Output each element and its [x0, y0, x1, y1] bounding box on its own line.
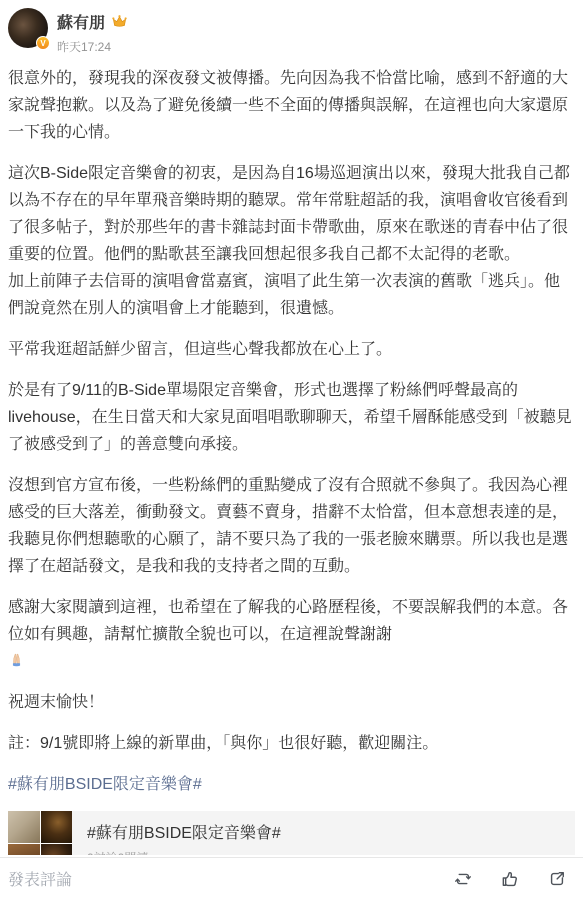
post-paragraph: 感謝大家閱讀到這裡，也希望在了解我的心路歷程後，不要誤解我們的本意。各位如有興趣…: [8, 594, 575, 675]
username[interactable]: 蘇有朋: [57, 10, 105, 33]
like-icon[interactable]: [500, 869, 520, 889]
header-meta: 蘇有朋 昨天17:24: [57, 8, 128, 55]
post-text: 很意外的，發現我的深夜發文被傳播。先向因為我不恰當比喻，感到不舒適的大家說聲抱歉…: [0, 59, 583, 757]
post-timestamp: 昨天17:24: [57, 38, 128, 55]
topic-card[interactable]: #蘇有朋BSIDE限定音樂會# 0討論0閱讀: [8, 811, 575, 855]
post-paragraph: 於是有了9/11的B-Side單場限定音樂會，形式也選擇了粉絲們呼聲最高的liv…: [8, 377, 575, 458]
repost-icon[interactable]: [453, 869, 473, 889]
comment-bar: 發表評論: [0, 858, 583, 899]
topic-card-meta: #蘇有朋BSIDE限定音樂會# 0討論0閱讀: [87, 820, 281, 855]
post-header: V 蘇有朋 昨天17:24: [0, 0, 583, 59]
post-paragraph: 沒想到官方宣布後，一些粉絲們的重點變成了沒有合照就不參與了。我因為心裡感受的巨大…: [8, 472, 575, 580]
topic-card-stats: 0討論0閱讀: [87, 849, 281, 855]
verified-badge-icon: V: [36, 36, 50, 50]
thumbnail-image: [41, 811, 73, 843]
topic-card-thumbnails: [8, 811, 72, 855]
thumbnail-image: [41, 844, 73, 856]
post-paragraph: 平常我逛超話鮮少留言，但這些心聲我都放在心上了。: [8, 336, 575, 363]
post-paragraph: 註：9/1號即將上線的新單曲，「與你」也很好聽，歡迎關注。: [8, 730, 575, 757]
topic-card-title: #蘇有朋BSIDE限定音樂會#: [87, 820, 281, 843]
thumbnail-image: [8, 811, 40, 843]
post-actions: [453, 869, 567, 889]
post-paragraph: 祝週末愉快！: [8, 689, 575, 716]
comment-input[interactable]: 發表評論: [8, 867, 453, 890]
thumbnail-image: [8, 844, 40, 856]
hashtag-link[interactable]: #蘇有朋BSIDE限定音樂會#: [8, 771, 575, 798]
pray-hands-icon: [8, 652, 25, 669]
post-paragraph: 很意外的，發現我的深夜發文被傳播。先向因為我不恰當比喻，感到不舒適的大家說聲抱歉…: [8, 65, 575, 146]
post-paragraph: 這次B-Side限定音樂會的初衷，是因為自16場巡迴演出以來，發現大批我自己都以…: [8, 160, 575, 322]
share-icon[interactable]: [547, 869, 567, 889]
vip-crown-icon: [111, 14, 128, 29]
avatar[interactable]: V: [8, 8, 48, 48]
weibo-post: V 蘇有朋 昨天17:24 很意外的，發現我的深夜發文被傳播。先向因為我不恰當比…: [0, 0, 583, 855]
